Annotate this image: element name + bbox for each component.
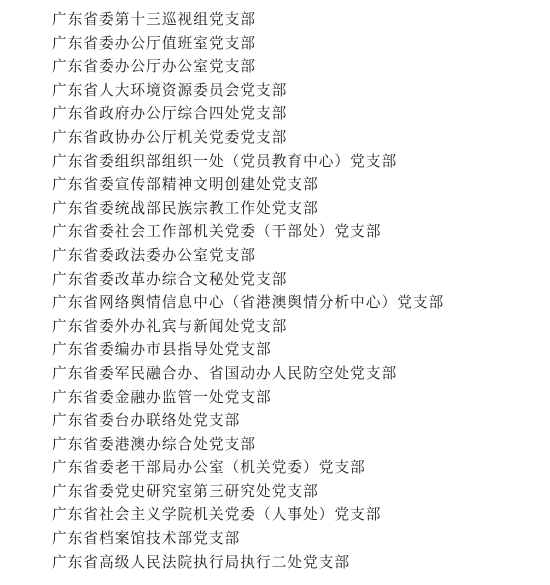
list-item: 广东省人大环境资源委员会党支部 — [52, 79, 542, 103]
list-item: 广东省委军民融合办、省国动办人民防空处党支部 — [52, 362, 542, 386]
list-item: 广东省档案馆技术部党支部 — [52, 527, 542, 551]
list-item: 广东省委外办礼宾与新闻处党支部 — [52, 315, 542, 339]
list-item: 广东省网络舆情信息中心（省港澳舆情分析中心）党支部 — [52, 291, 542, 315]
list-item: 广东省政协办公厅机关党委党支部 — [52, 126, 542, 150]
list-item: 广东省委老干部局办公室（机关党委）党支部 — [52, 456, 542, 480]
list-item: 广东省委组织部组织一处（党员教育中心）党支部 — [52, 150, 542, 174]
list-item: 广东省委办公厅办公室党支部 — [52, 55, 542, 79]
list-item: 广东省委政法委办公室党支部 — [52, 244, 542, 268]
list-item: 广东省委改革办综合文秘处党支部 — [52, 268, 542, 292]
list-item: 广东省委台办联络处党支部 — [52, 409, 542, 433]
list-item: 广东省委宣传部精神文明创建处党支部 — [52, 173, 542, 197]
list-item: 广东省社会主义学院机关党委（人事处）党支部 — [52, 503, 542, 527]
list-item: 广东省委统战部民族宗教工作处党支部 — [52, 197, 542, 221]
list-item: 广东省高级人民法院执行局执行二处党支部 — [52, 551, 542, 575]
list-item: 广东省委第十三巡视组党支部 — [52, 8, 542, 32]
party-branch-list: 广东省委第十三巡视组党支部 广东省委办公厅值班室党支部 广东省委办公厅办公室党支… — [52, 8, 542, 574]
list-item: 广东省委社会工作部机关党委（干部处）党支部 — [52, 220, 542, 244]
list-item: 广东省委金融办监管一处党支部 — [52, 386, 542, 410]
list-item: 广东省委办公厅值班室党支部 — [52, 32, 542, 56]
list-item: 广东省委港澳办综合处党支部 — [52, 433, 542, 457]
list-item: 广东省委党史研究室第三研究处党支部 — [52, 480, 542, 504]
list-item: 广东省委编办市县指导处党支部 — [52, 338, 542, 362]
list-item: 广东省政府办公厅综合四处党支部 — [52, 102, 542, 126]
